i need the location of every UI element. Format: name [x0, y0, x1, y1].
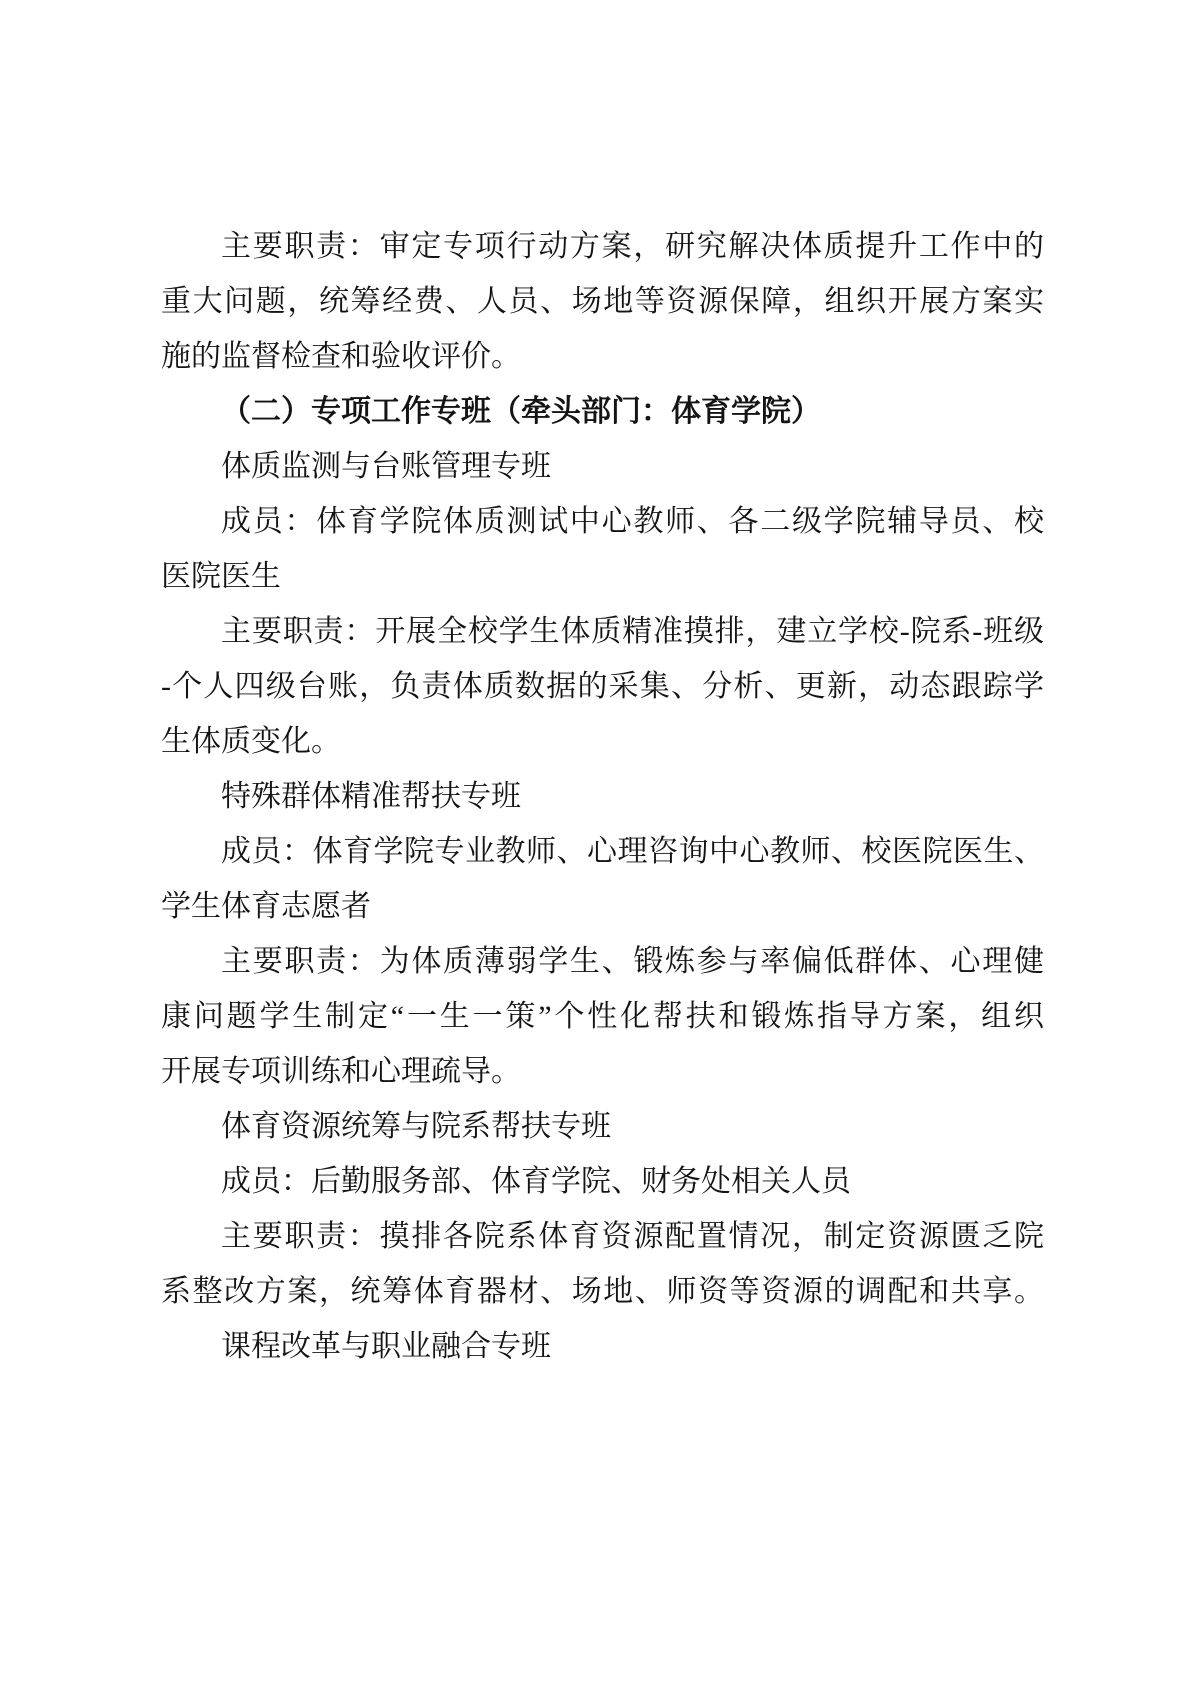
text-line: -个人四级台账，负责体质数据的采集、分析、更新，动态跟踪学 [161, 659, 1044, 714]
document-body: 主要职责：审定专项行动方案，研究解决体质提升工作中的重大问题，统筹经费、人员、场… [161, 219, 1044, 1374]
text-line: 特殊群体精准帮扶专班 [161, 769, 1044, 824]
text-line: 学生体育志愿者 [161, 879, 1044, 934]
text-line: 体质监测与台账管理专班 [161, 439, 1044, 494]
text-line: 主要职责：开展全校学生体质精准摸排，建立学校-院系-班级 [161, 604, 1044, 659]
text-line: 重大问题，统筹经费、人员、场地等资源保障，组织开展方案实 [161, 274, 1044, 329]
text-line: 体育资源统筹与院系帮扶专班 [161, 1099, 1044, 1154]
text-line: 生体质变化。 [161, 714, 1044, 769]
text-line: 成员：体育学院体质测试中心教师、各二级学院辅导员、校 [161, 494, 1044, 549]
text-line: 系整改方案，统筹体育器材、场地、师资等资源的调配和共享。 [161, 1264, 1044, 1319]
text-line: 主要职责：摸排各院系体育资源配置情况，制定资源匮乏院 [161, 1209, 1044, 1264]
text-line: 课程改革与职业融合专班 [161, 1319, 1044, 1374]
text-line: 开展专项训练和心理疏导。 [161, 1044, 1044, 1099]
heading-line: （二）专项工作专班（牵头部门：体育学院） [161, 384, 1044, 439]
text-line: 主要职责：审定专项行动方案，研究解决体质提升工作中的 [161, 219, 1044, 274]
text-line: 医院医生 [161, 549, 1044, 604]
text-line: 成员：后勤服务部、体育学院、财务处相关人员 [161, 1154, 1044, 1209]
text-line: 康问题学生制定“一生一策”个性化帮扶和锻炼指导方案，组织 [161, 989, 1044, 1044]
document-page: 主要职责：审定专项行动方案，研究解决体质提升工作中的重大问题，统筹经费、人员、场… [0, 0, 1191, 1684]
text-line: 成员：体育学院专业教师、心理咨询中心教师、校医院医生、 [161, 824, 1044, 879]
text-line: 主要职责：为体质薄弱学生、锻炼参与率偏低群体、心理健 [161, 934, 1044, 989]
text-line: 施的监督检查和验收评价。 [161, 329, 1044, 384]
